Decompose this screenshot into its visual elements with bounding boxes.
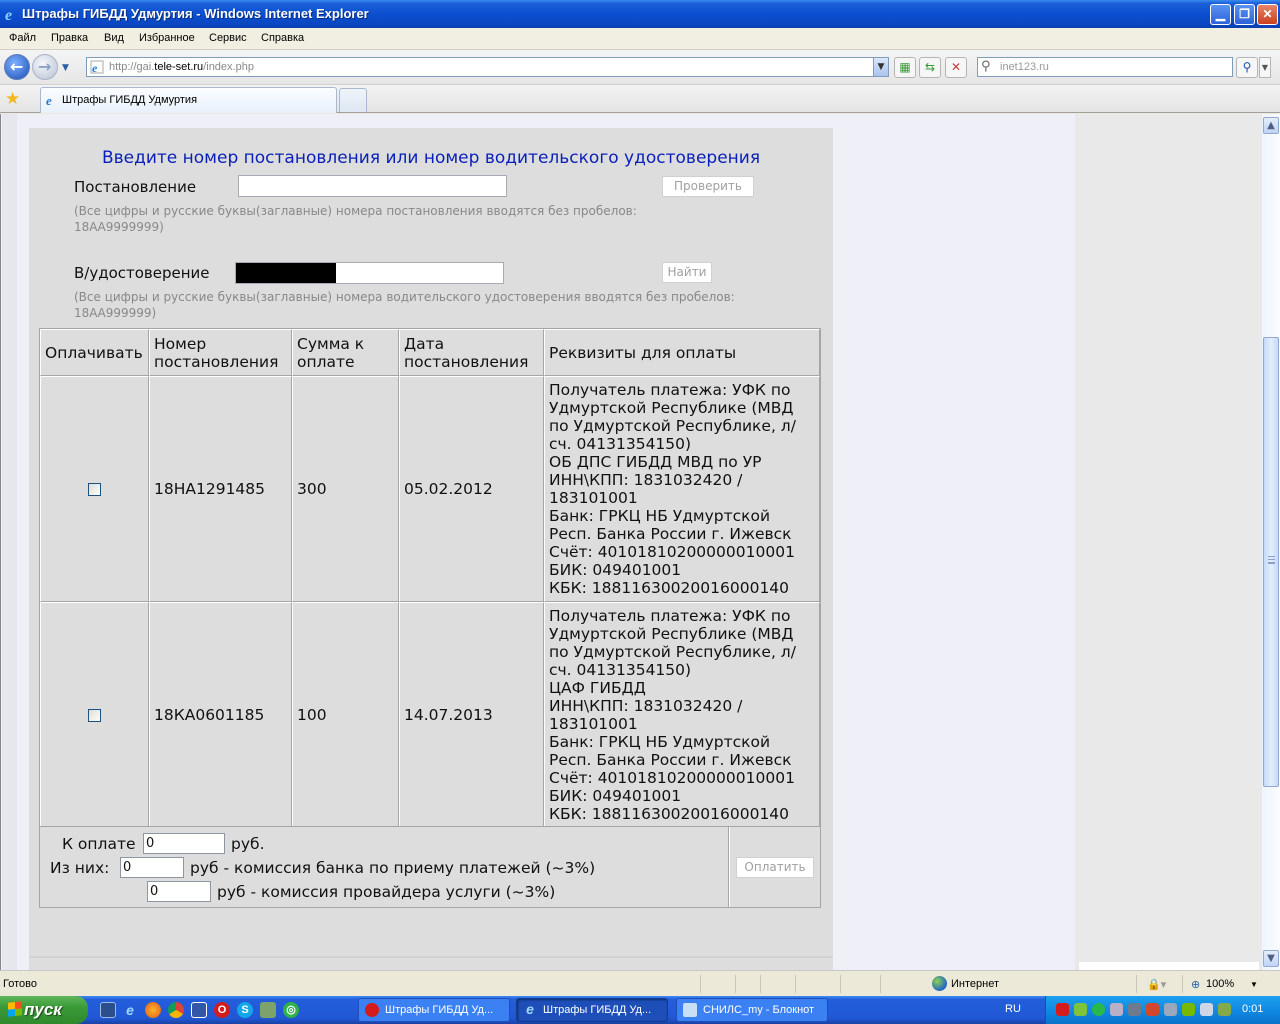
grip-icon	[1268, 556, 1275, 564]
kbk: КБК: 18811630020016000140	[549, 805, 815, 823]
status-separator	[760, 975, 761, 993]
to-pay-label: К оплате	[62, 835, 136, 853]
title-bar: e Штрафы ГИБДД Удмуртия - Windows Intern…	[0, 0, 1280, 28]
status-separator	[795, 975, 796, 993]
ie-logo-icon: e	[4, 6, 20, 25]
tab-fines[interactable]: e Штрафы ГИБДД Удмуртия	[40, 87, 337, 113]
show-desktop-icon[interactable]	[100, 1002, 116, 1018]
menu-help[interactable]: Справка	[261, 32, 304, 44]
table-row: 18НА1291485 300 05.02.2012 Получатель пл…	[40, 376, 820, 602]
icq-icon[interactable]	[1092, 1003, 1105, 1016]
amount: 100	[292, 602, 399, 828]
pay-checkbox[interactable]	[88, 709, 101, 722]
tray-check-icon[interactable]	[1074, 1003, 1087, 1016]
address-dropdown-button[interactable]: ▼	[873, 58, 888, 76]
col-number: Номер постановления	[149, 329, 292, 376]
account: Счёт: 40101810200000010001	[549, 543, 815, 561]
pay-checkbox[interactable]	[88, 483, 101, 496]
ie-quicklaunch-icon[interactable]: e	[122, 1002, 138, 1018]
pay-cell	[40, 376, 149, 602]
language-indicator[interactable]: RU	[1005, 1003, 1021, 1015]
decree-number: 18НА1291485	[149, 376, 292, 602]
decree-date: 05.02.2012	[399, 376, 544, 602]
menu-file[interactable]: Файл	[9, 32, 36, 44]
totals-divider	[728, 827, 730, 907]
audio-manager-icon[interactable]	[1146, 1003, 1159, 1016]
find-button[interactable]: Найти	[662, 262, 712, 283]
fines-search-panel: Введите номер постановления или номер во…	[29, 128, 833, 970]
col-amount: Сумма к оплате	[292, 329, 399, 376]
firefox-icon[interactable]	[145, 1002, 161, 1018]
page-heading: Введите номер постановления или номер во…	[29, 148, 833, 168]
bank-fee-label: руб - комиссия банка по приему платежей …	[190, 859, 595, 877]
pay-button[interactable]: Оплатить	[736, 857, 814, 878]
bik: БИК: 049401001	[549, 561, 815, 579]
decree-number: 18КА0601185	[149, 602, 292, 828]
scroll-up-button[interactable]: ▲	[1263, 117, 1279, 134]
zoom-level[interactable]: 100%	[1206, 978, 1234, 990]
start-button[interactable]: пуск	[0, 996, 88, 1024]
taskbar: пуск e O S ◎ Штрафы ГИБДД Уд... e Штрафы…	[0, 996, 1280, 1024]
pay-cell	[40, 602, 149, 828]
bank: Банк: ГРКЦ НБ Удмуртской Респ. Банка Рос…	[549, 507, 815, 543]
svg-text:e: e	[46, 93, 52, 107]
close-button[interactable]: ✕	[1257, 4, 1278, 25]
stop-button[interactable]: ✕	[945, 57, 967, 78]
taskbar-window-notepad[interactable]: СНИЛС_my - Блокнот	[676, 998, 828, 1022]
favorites-star-icon[interactable]: ★	[5, 89, 20, 109]
system-tray: 0:01	[1045, 996, 1280, 1024]
opera-icon[interactable]: O	[214, 1002, 230, 1018]
kaspersky-icon[interactable]	[1056, 1003, 1069, 1016]
status-separator	[840, 975, 841, 993]
page-viewport: Введите номер постановления или номер во…	[0, 114, 1262, 970]
to-pay-input[interactable]: 0	[143, 833, 225, 854]
vertical-scrollbar[interactable]: ▲ ▼	[1262, 114, 1280, 970]
department: ЦАФ ГИБДД	[549, 679, 815, 697]
search-button[interactable]: ⚲	[1236, 57, 1258, 78]
table-header-row: Оплачивать Номер постановления Сумма к о…	[40, 329, 820, 376]
redacted-value	[236, 263, 336, 283]
svg-text:e: e	[5, 7, 12, 22]
arrow-right-icon: →	[38, 57, 51, 76]
rub-label: руб.	[231, 835, 265, 853]
search-icon: ⚲	[981, 59, 991, 74]
status-separator	[1136, 975, 1137, 993]
of-them-label: Из них:	[50, 859, 109, 877]
bik: БИК: 049401001	[549, 787, 815, 805]
forward-button[interactable]: →	[32, 54, 58, 80]
zoom-icon: ⊕	[1191, 978, 1200, 991]
recipient: Получатель платежа: УФК по Удмуртской Ре…	[549, 381, 815, 453]
address-bar[interactable]: e http://gai.tele-set.ru/index.php	[86, 57, 889, 77]
payment-details: Получатель платежа: УФК по Удмуртской Ре…	[544, 602, 820, 828]
menu-bar: Файл Правка Вид Избранное Сервис Справка	[0, 28, 1280, 50]
ie-icon: e	[523, 1003, 537, 1017]
window-title: Штрафы ГИБДД Удмуртия - Windows Internet…	[22, 6, 369, 21]
provider-fee-input[interactable]: 0	[147, 881, 211, 902]
menu-tools[interactable]: Сервис	[209, 32, 247, 44]
left-margin	[2, 114, 17, 970]
windows-logo-icon	[8, 1001, 22, 1016]
status-text: Готово	[3, 978, 37, 990]
tray-device-icon[interactable]	[1164, 1003, 1177, 1016]
taskbar-window-ie[interactable]: e Штрафы ГИБДД Уд...	[516, 998, 668, 1022]
table-row: 18КА0601185 100 14.07.2013 Получатель пл…	[40, 602, 820, 828]
url-text: http://gai.tele-set.ru/index.php	[109, 61, 254, 73]
right-column-bar	[1079, 962, 1259, 970]
history-dropdown-icon[interactable]: ▼	[62, 63, 69, 73]
opera-icon	[365, 1003, 379, 1017]
status-bar: Готово Интернет 🔒▾ ⊕ 100% ▼	[0, 970, 1280, 996]
inn-kpp: ИНН\КПП: 1831032420 / 183101001	[549, 697, 815, 733]
account: Счёт: 40101810200000010001	[549, 769, 815, 787]
refresh-button[interactable]: ⇆	[919, 57, 941, 78]
protected-mode-icon[interactable]: 🔒▾	[1147, 978, 1166, 991]
tab-label: Штрафы ГИБДД Удмуртия	[62, 94, 197, 106]
department: ОБ ДПС ГИБДД МВД по УР	[549, 453, 815, 471]
svg-text:e: e	[92, 61, 98, 74]
new-tab-button[interactable]	[339, 88, 367, 112]
app-icon[interactable]: ◎	[283, 1002, 299, 1018]
fines-table: Оплачивать Номер постановления Сумма к о…	[39, 328, 821, 829]
search-options-dropdown[interactable]: ▼	[1259, 57, 1271, 78]
search-box[interactable]: ⚲ inet123.ru	[977, 57, 1233, 77]
taskbar-window-opera[interactable]: Штрафы ГИБДД Уд...	[358, 998, 510, 1022]
minimize-button[interactable]: ▁	[1210, 4, 1231, 25]
menu-view[interactable]: Вид	[104, 32, 124, 44]
status-separator	[700, 975, 701, 993]
safely-remove-icon[interactable]	[1218, 1003, 1231, 1016]
restore-button[interactable]: ❐	[1234, 4, 1255, 25]
page-ie-icon: e	[90, 60, 104, 77]
license-label: В/удостоверение	[74, 264, 210, 282]
amount: 300	[292, 376, 399, 602]
back-button[interactable]: ←	[4, 54, 30, 80]
nvidia-icon[interactable]	[1182, 1003, 1195, 1016]
kbk: КБК: 18811630020016000140	[549, 579, 815, 597]
bank: Банк: ГРКЦ НБ Удмуртской Респ. Банка Рос…	[549, 733, 815, 769]
status-separator	[735, 975, 736, 993]
scrollbar-thumb[interactable]	[1263, 337, 1279, 787]
payment-details: Получатель платежа: УФК по Удмуртской Ре…	[544, 376, 820, 602]
notepad-icon	[683, 1003, 697, 1017]
network-icon[interactable]	[1128, 1003, 1141, 1016]
footer-divider	[29, 956, 833, 958]
right-column	[1075, 114, 1262, 970]
arrow-left-icon: ←	[10, 57, 23, 76]
col-details: Реквизиты для оплаты	[544, 329, 820, 376]
decree-date: 14.07.2013	[399, 602, 544, 828]
col-date: Дата постановления	[399, 329, 544, 376]
skype-icon[interactable]: S	[237, 1002, 253, 1018]
recipient: Получатель платежа: УФК по Удмуртской Ре…	[549, 607, 815, 679]
ie-tab-icon: e	[45, 93, 59, 110]
decree-input[interactable]	[238, 175, 507, 197]
status-separator	[1182, 975, 1183, 993]
provider-fee-label: руб - комиссия провайдера услуги (~3%)	[217, 883, 555, 901]
tray-tool-icon[interactable]	[1110, 1003, 1123, 1016]
utility-icon[interactable]	[260, 1002, 276, 1018]
license-input[interactable]	[235, 262, 504, 284]
chrome-icon[interactable]	[168, 1002, 184, 1018]
decree-label: Постановление	[74, 178, 196, 196]
check-button[interactable]: Проверить	[662, 176, 754, 197]
decree-hint: (Все цифры и русские буквы(заглавные) но…	[74, 203, 714, 235]
inn-kpp: ИНН\КПП: 1831032420 / 183101001	[549, 471, 815, 507]
search-placeholder: inet123.ru	[1000, 61, 1049, 73]
license-hint: (Все цифры и русские буквы(заглавные) но…	[74, 289, 744, 321]
bank-fee-input[interactable]: 0	[120, 857, 184, 878]
tab-bar: ★ e Штрафы ГИБДД Удмуртия	[0, 85, 1280, 113]
clock: 0:01	[1242, 1003, 1263, 1015]
menu-favorites[interactable]: Избранное	[139, 32, 195, 44]
security-zone: Интернет	[951, 978, 999, 990]
menu-edit[interactable]: Правка	[51, 32, 88, 44]
zoom-dropdown-icon[interactable]: ▼	[1250, 980, 1258, 989]
volume-icon[interactable]	[1200, 1003, 1213, 1016]
totals-section: К оплате 0 руб. Из них: 0 руб - комиссия…	[39, 826, 821, 908]
save-icon[interactable]	[191, 1002, 207, 1018]
scroll-down-button[interactable]: ▼	[1263, 950, 1279, 967]
compatibility-view-button[interactable]: ▦	[894, 57, 916, 78]
status-separator	[880, 975, 881, 993]
globe-icon	[932, 976, 947, 991]
col-pay: Оплачивать	[40, 329, 149, 376]
